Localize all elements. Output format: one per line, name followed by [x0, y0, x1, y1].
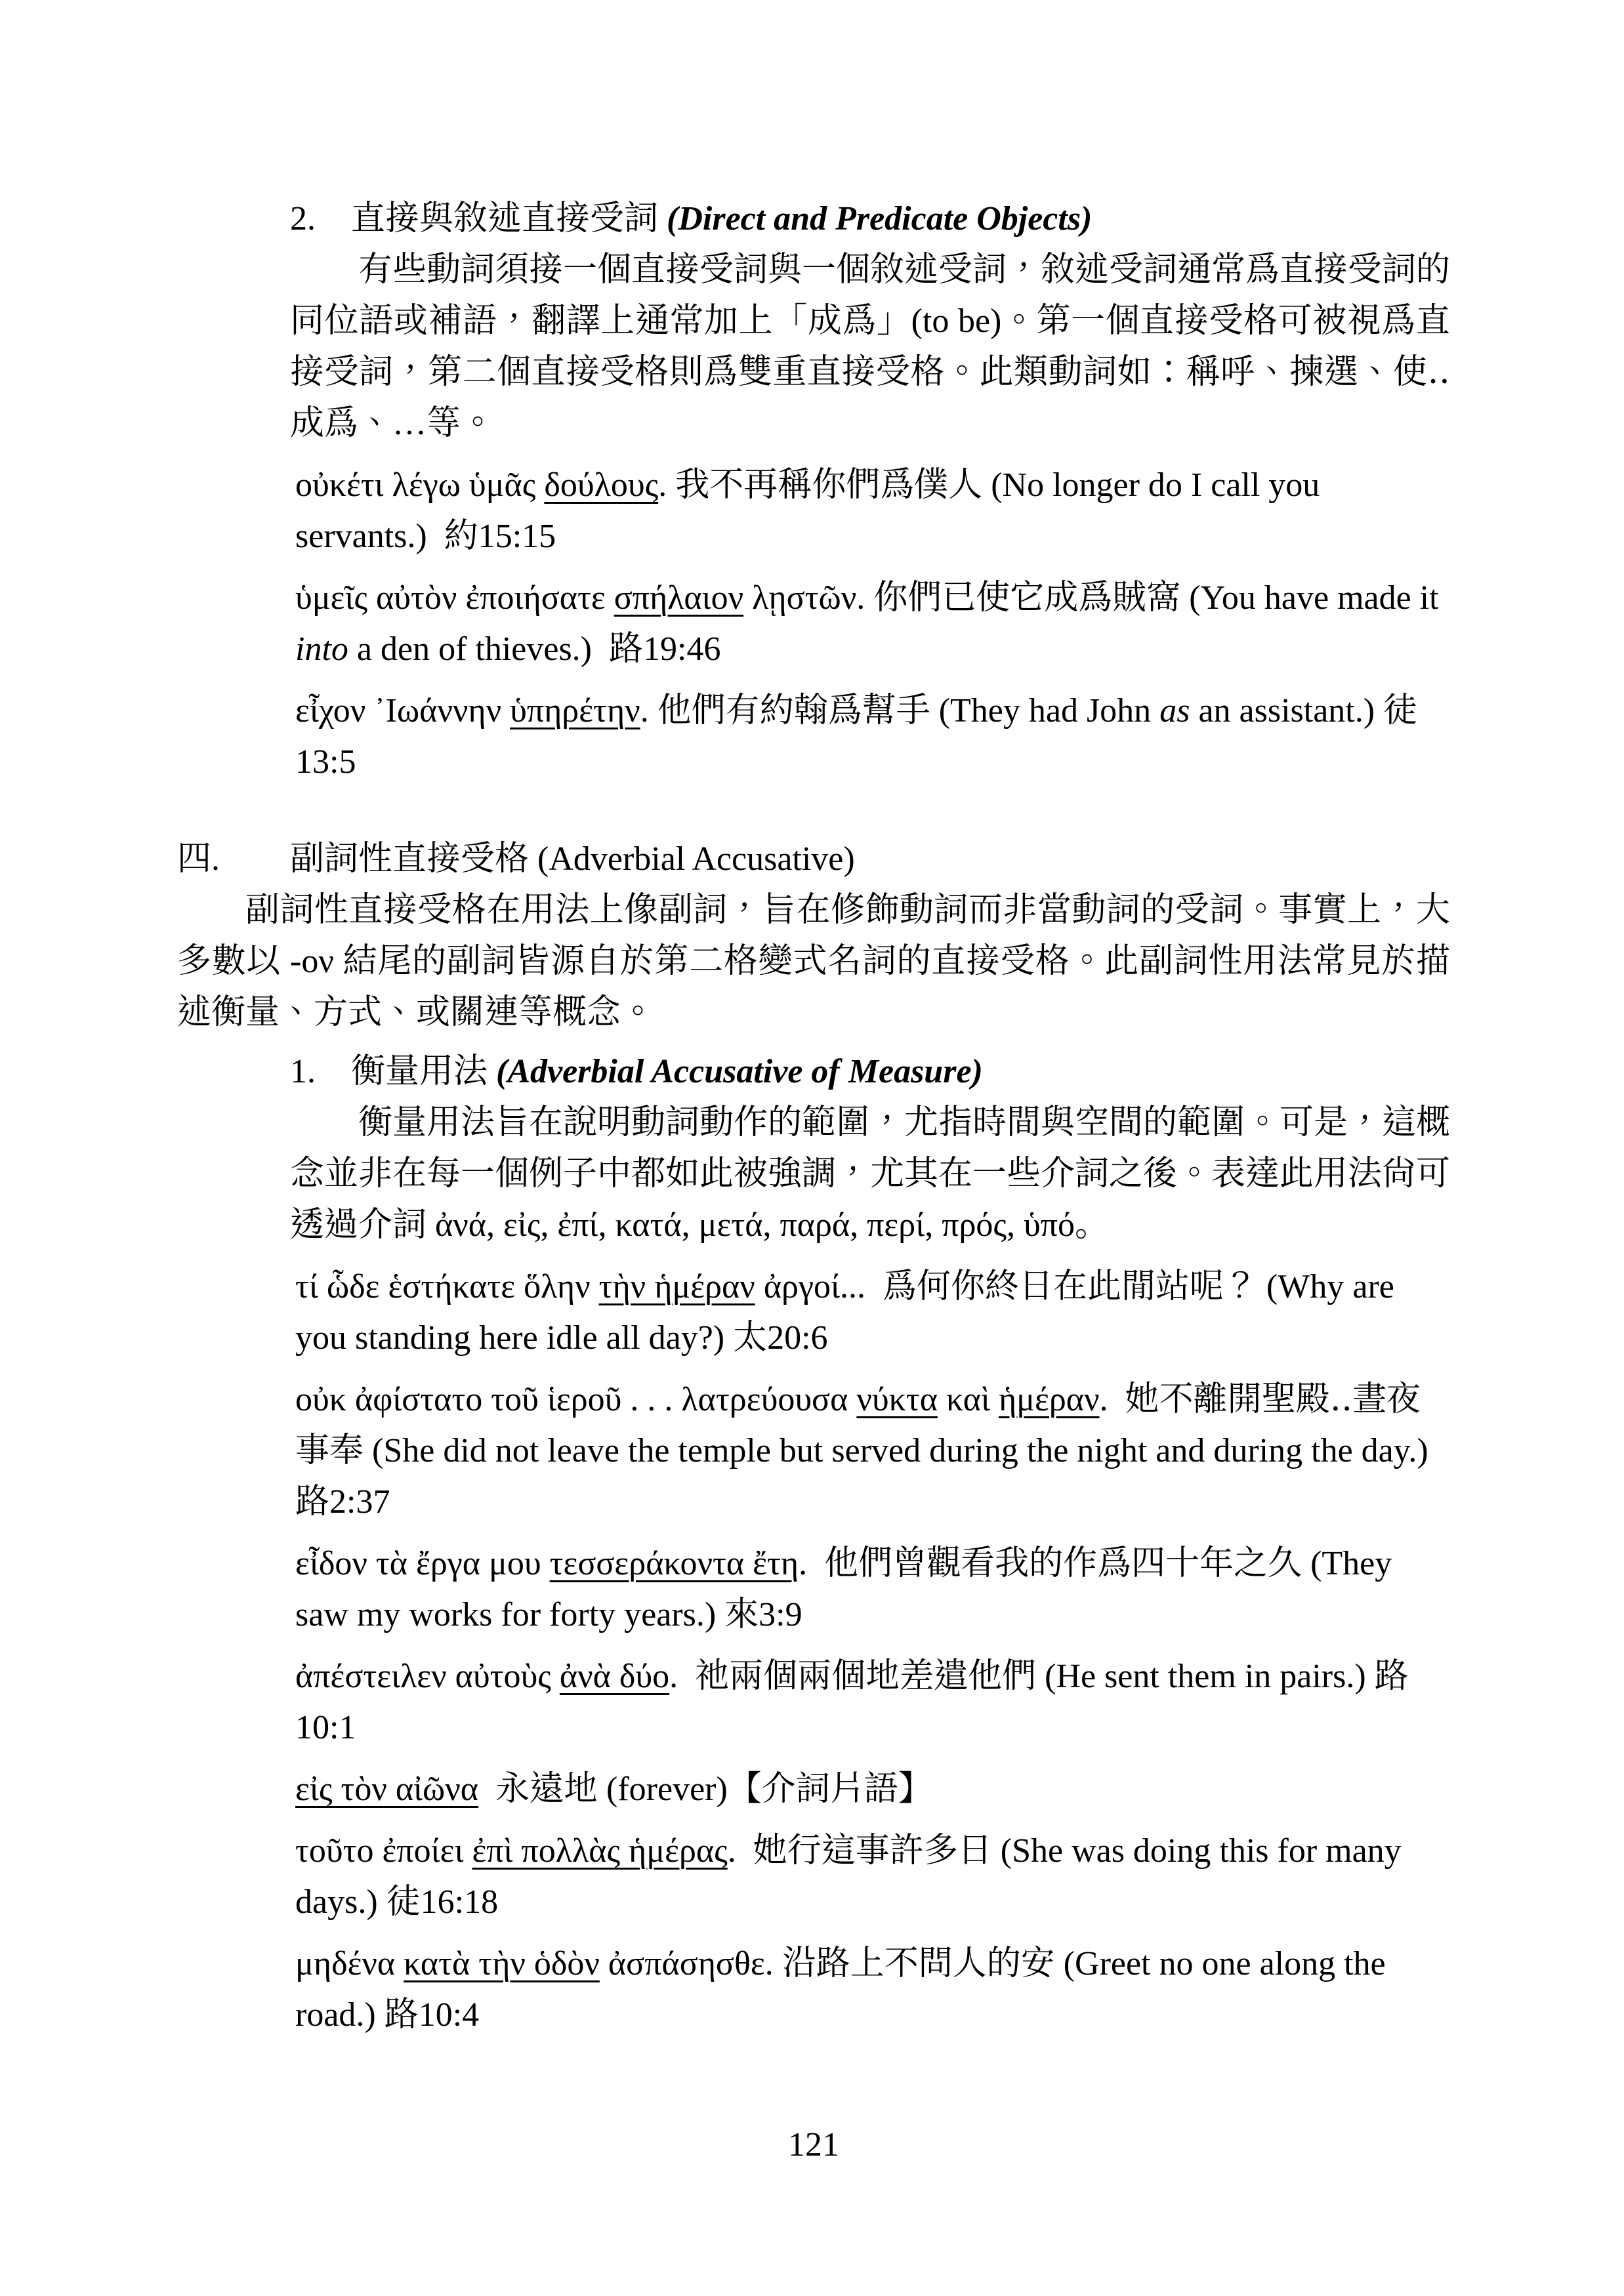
underlined-greek-text: τὴν ἡμέραν — [599, 1268, 755, 1305]
text-segment: τί ὧδε ἑστήκατε ὅλην — [295, 1268, 599, 1305]
example-sentence-john-15-15: οὐκέτι λέγω ὑμᾶς δούλους. 我不再稱你們爲僕人 (No … — [295, 460, 1450, 562]
underlined-greek-text: ὑπηρέτην — [510, 692, 640, 729]
text-segment: ὑμεῖς αὐτὸν ἐποιήσατε — [295, 579, 614, 617]
text-segment: τοῦτο ἐποίει — [295, 1832, 472, 1870]
example-sentence-luke-10-1: ἀπέστειλεν αὐτοὺς ἀνὰ δύο. 祂兩個兩個地差遣他們 (H… — [295, 1651, 1450, 1753]
underlined-greek-text: σπήλαιον — [614, 579, 743, 617]
subsection-heading-direct-predicate-objects: 2.直接與敘述直接受詞 (Direct and Predicate Object… — [290, 194, 1450, 245]
underlined-greek-text: ἡμέραν — [999, 1381, 1100, 1418]
example-sentence-acts-16-18: τοῦτο ἐποίει ἐπὶ πολλὰς ἡμέρας. 她行這事許多日 … — [295, 1826, 1450, 1928]
text-segment: 他們有約翰爲幫手 (They had John — [657, 692, 1159, 729]
text-segment: . — [640, 692, 657, 729]
text-segment: εἶδον τὰ ἔργα μου — [295, 1545, 550, 1582]
text-segment: into — [295, 630, 348, 668]
heading-text: 衡量用法 (Adverbial Accusative of Measure) — [351, 1053, 983, 1090]
text-segment: as — [1159, 692, 1190, 729]
text-segment: . — [658, 466, 675, 504]
text-segment: εἶχον ᾿Ιωάννην — [295, 692, 510, 729]
heading-number: 1. — [290, 1046, 351, 1097]
underlined-greek-text: ἀνὰ δύο — [560, 1658, 669, 1695]
underlined-greek-text: ἐπὶ πολλὰς ἡμέρας — [472, 1832, 727, 1870]
heading-number: 2. — [290, 194, 351, 245]
text-segment: (Direct and Predicate Objects) — [667, 200, 1092, 237]
underlined-greek-text: εἰς τὸν αἰῶνα — [295, 1771, 478, 1808]
example-sentence-luke-19-46: ὑμεῖς αὐτὸν ἐποιήσατε σπήλαιον λῃστῶν. 你… — [295, 573, 1450, 675]
text-segment: . — [669, 1658, 695, 1695]
paragraph-direct-predicate-objects: 有些動詞須接一個直接受詞與一個敘述受詞，敘述受詞通常爲直接受詞的同位語或補語，翻… — [290, 245, 1450, 449]
section-heading-adverbial-accusative: 四.副詞性直接受格 (Adverbial Accusative) — [177, 834, 1450, 885]
underlined-greek-text: κατὰ τὴν ὁδὸν — [404, 1945, 600, 1982]
heading-text: 副詞性直接受格 (Adverbial Accusative) — [290, 840, 855, 878]
example-sentence-heb-3-9: εἶδον τὰ ἔργα μου τεσσεράκοντα ἔτη. 他們曾觀… — [295, 1538, 1450, 1641]
text-segment: a den of thieves.) 路19:46 — [348, 630, 721, 668]
subsection-heading-accusative-of-measure: 1.衡量用法 (Adverbial Accusative of Measure) — [290, 1046, 1450, 1097]
example-sentence-luke-10-4: μηδένα κατὰ τὴν ὁδὸν ἀσπάσησθε. 沿路上不問人的安… — [295, 1938, 1450, 2041]
page-number: 121 — [177, 2120, 1450, 2171]
paragraph-accusative-of-measure: 衡量用法旨在說明動詞動作的範圍，尤指時間與空間的範圍。可是，這概念並非在每一個例… — [290, 1097, 1450, 1251]
underlined-greek-text: τεσσεράκοντα ἔτη — [550, 1545, 799, 1582]
text-segment: μηδένα — [295, 1945, 404, 1982]
paragraph-adverbial-accusative: 副詞性直接受格在用法上像副詞，旨在修飾動詞而非當動詞的受詞。事實上，大多數以 -… — [177, 885, 1450, 1038]
text-segment: . — [728, 1832, 753, 1870]
heading-text: 直接與敘述直接受詞 (Direct and Predicate Objects) — [351, 200, 1092, 237]
text-segment: 衡量用法 — [351, 1053, 496, 1090]
text-segment: ἀπέστειλεν αὐτοὺς — [295, 1658, 560, 1695]
text-segment: καὶ — [938, 1381, 999, 1418]
text-segment: 你們已使它成爲賊窩 (You have made it — [873, 579, 1438, 617]
text-segment: λῃστῶν. — [743, 579, 873, 617]
example-sentence-matt-20-6: τί ὧδε ἑστήκατε ὅλην τὴν ἡμέραν ἀργοί...… — [295, 1261, 1450, 1364]
text-segment: (Adverbial Accusative of Measure) — [496, 1053, 983, 1090]
example-sentence-luke-2-37: οὐκ ἀφίστατο τοῦ ἱεροῦ . . . λατρεύουσα … — [295, 1374, 1450, 1528]
text-segment: οὐκ ἀφίστατο τοῦ ἱεροῦ . . . λατρεύουσα — [295, 1381, 856, 1418]
text-segment: . — [1100, 1381, 1125, 1418]
example-phrase-forever: εἰς τὸν αἰῶνα 永遠地 (forever)【介詞片語】 — [295, 1764, 1450, 1815]
text-segment: 永遠地 (forever)【介詞片語】 — [478, 1771, 932, 1808]
underlined-greek-text: δούλους — [544, 466, 658, 504]
text-segment: ἀσπάσησθε. — [600, 1945, 782, 1982]
example-sentence-acts-13-5: εἶχον ᾿Ιωάννην ὑπηρέτην. 他們有約翰爲幫手 (They … — [295, 686, 1450, 788]
text-segment: οὐκέτι λέγω ὑμᾶς — [295, 466, 544, 504]
heading-number: 四. — [177, 834, 290, 885]
underlined-greek-text: νύκτα — [856, 1381, 938, 1418]
text-segment: ἀργοί... — [755, 1268, 883, 1305]
text-segment: . — [799, 1545, 824, 1582]
text-segment: 副詞性直接受格 (Adverbial Accusative) — [290, 840, 855, 878]
text-segment: 直接與敘述直接受詞 — [351, 200, 667, 237]
document-page: 2.直接與敘述直接受詞 (Direct and Predicate Object… — [0, 0, 1624, 2296]
